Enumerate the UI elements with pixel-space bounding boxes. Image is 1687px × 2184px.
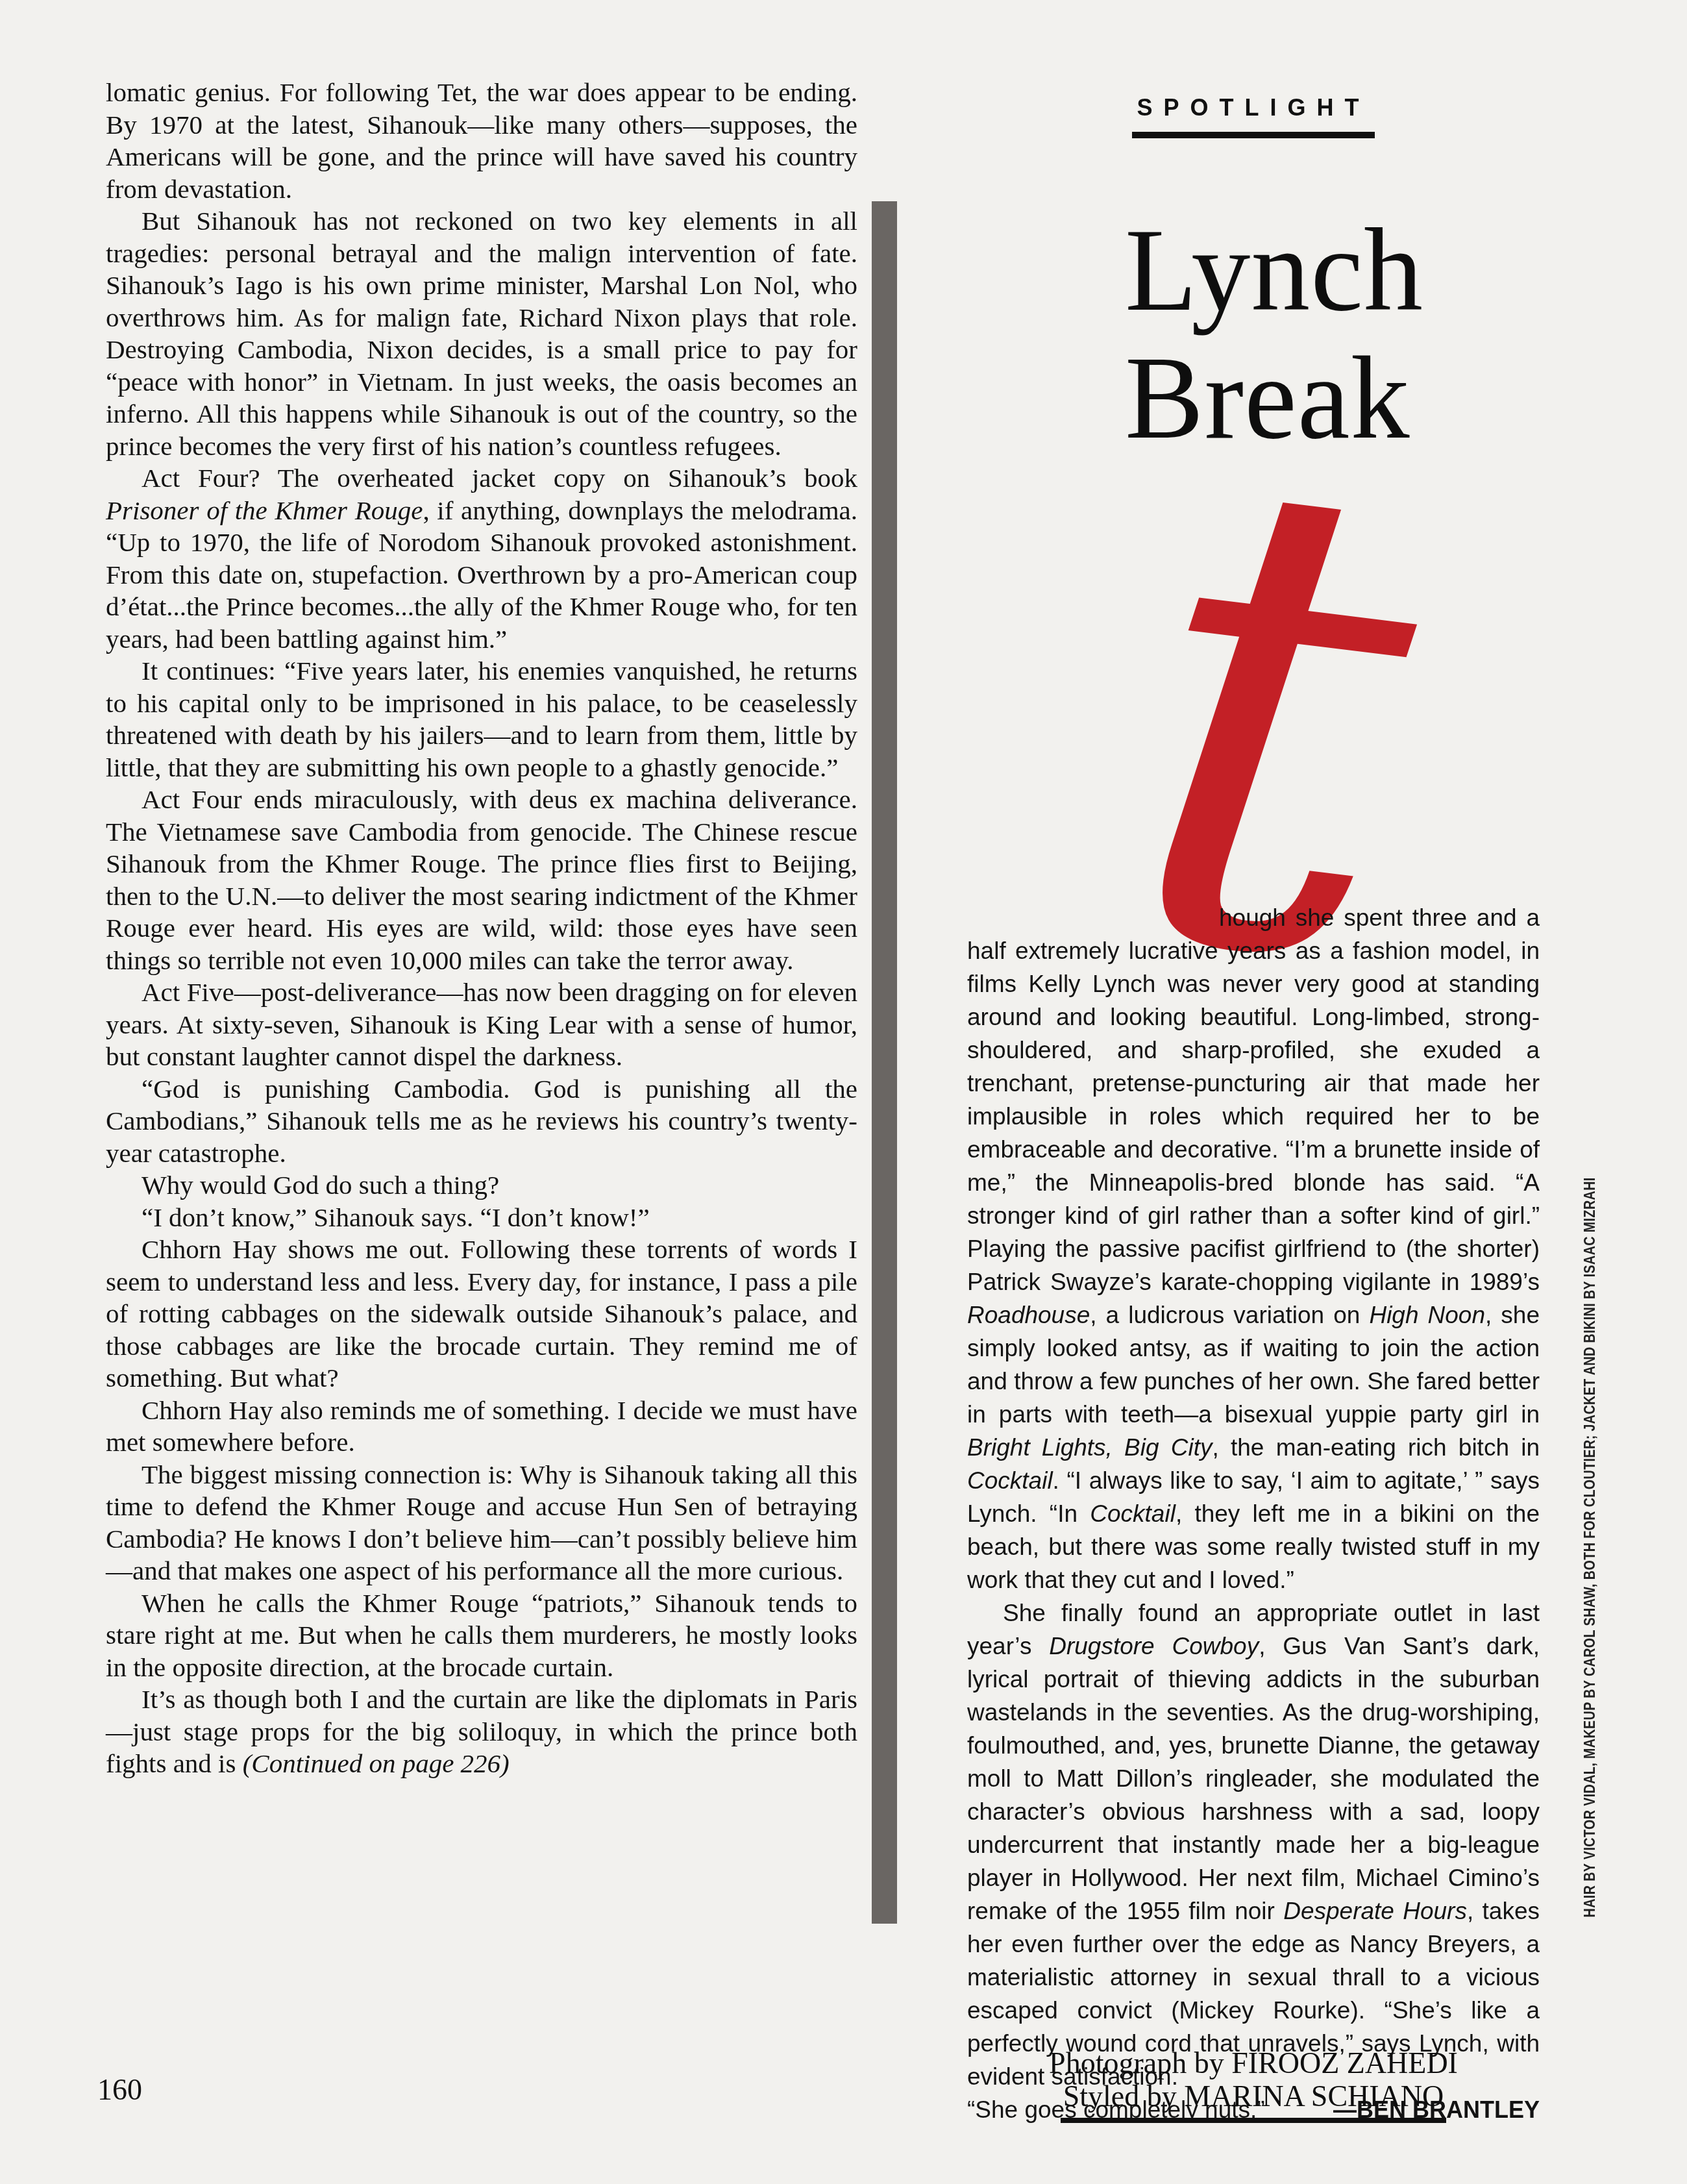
paragraph: When he calls the Khmer Rouge “patriots,…	[106, 1587, 857, 1684]
paragraph: Act Four ends miraculously, with deus ex…	[106, 784, 857, 976]
left-article-column: lomatic genius. For following Tet, the w…	[106, 77, 857, 1780]
spotlight-underline-rule	[1132, 132, 1375, 138]
feature-paragraphs: hough she spent three and a half extreme…	[967, 901, 1540, 2093]
column-divider-bar	[872, 201, 897, 1924]
paragraph: Why would God do such a thing?	[106, 1169, 857, 1202]
photo-credit-line: Photograph by FIROOZ ZAHEDI	[967, 2046, 1540, 2079]
vertical-credits: HAIR BY VICTOR VIDAL, MAKEUP BY CAROL SH…	[1581, 1287, 1599, 1918]
spotlight-label: SPOTLIGHT	[967, 94, 1540, 121]
paragraph: It’s as though both I and the curtain ar…	[106, 1683, 857, 1780]
credits-underline-rule	[1061, 2118, 1446, 2123]
paragraph: lomatic genius. For following Tet, the w…	[106, 77, 857, 205]
paragraph: Chhorn Hay shows me out. Following these…	[106, 1234, 857, 1395]
paragraph: “I don’t know,” Sihanouk says. “I don’t …	[106, 1202, 857, 1234]
paragraph: Chhorn Hay also reminds me of something.…	[106, 1395, 857, 1459]
page-number: 160	[97, 2072, 142, 2107]
magazine-page: lomatic genius. For following Tet, the w…	[0, 0, 1687, 2184]
paragraph: “God is punishing Cambodia. God is punis…	[106, 1073, 857, 1170]
paragraph: Act Five—post-deliverance—has now been d…	[106, 976, 857, 1073]
paragraph: hough she spent three and a half extreme…	[967, 901, 1540, 1596]
spotlight-section-header: SPOTLIGHT	[967, 94, 1540, 138]
feature-body-column: hough she spent three and a half extreme…	[967, 901, 1540, 2126]
title-line-1: Lynch	[1125, 206, 1423, 334]
paragraph: She finally found an appropriate outlet …	[967, 1596, 1540, 2093]
paragraph: But Sihanouk has not reckoned on two key…	[106, 205, 857, 462]
paragraph: Act Four? The overheated jacket copy on …	[106, 462, 857, 655]
stylist-credit-line: Styled by MARINA SCHIANO	[967, 2079, 1540, 2113]
paragraph: The biggest missing connection is: Why i…	[106, 1459, 857, 1587]
paragraph: It continues: “Five years later, his ene…	[106, 655, 857, 784]
photo-credits: Photograph by FIROOZ ZAHEDI Styled by MA…	[967, 2046, 1540, 2123]
